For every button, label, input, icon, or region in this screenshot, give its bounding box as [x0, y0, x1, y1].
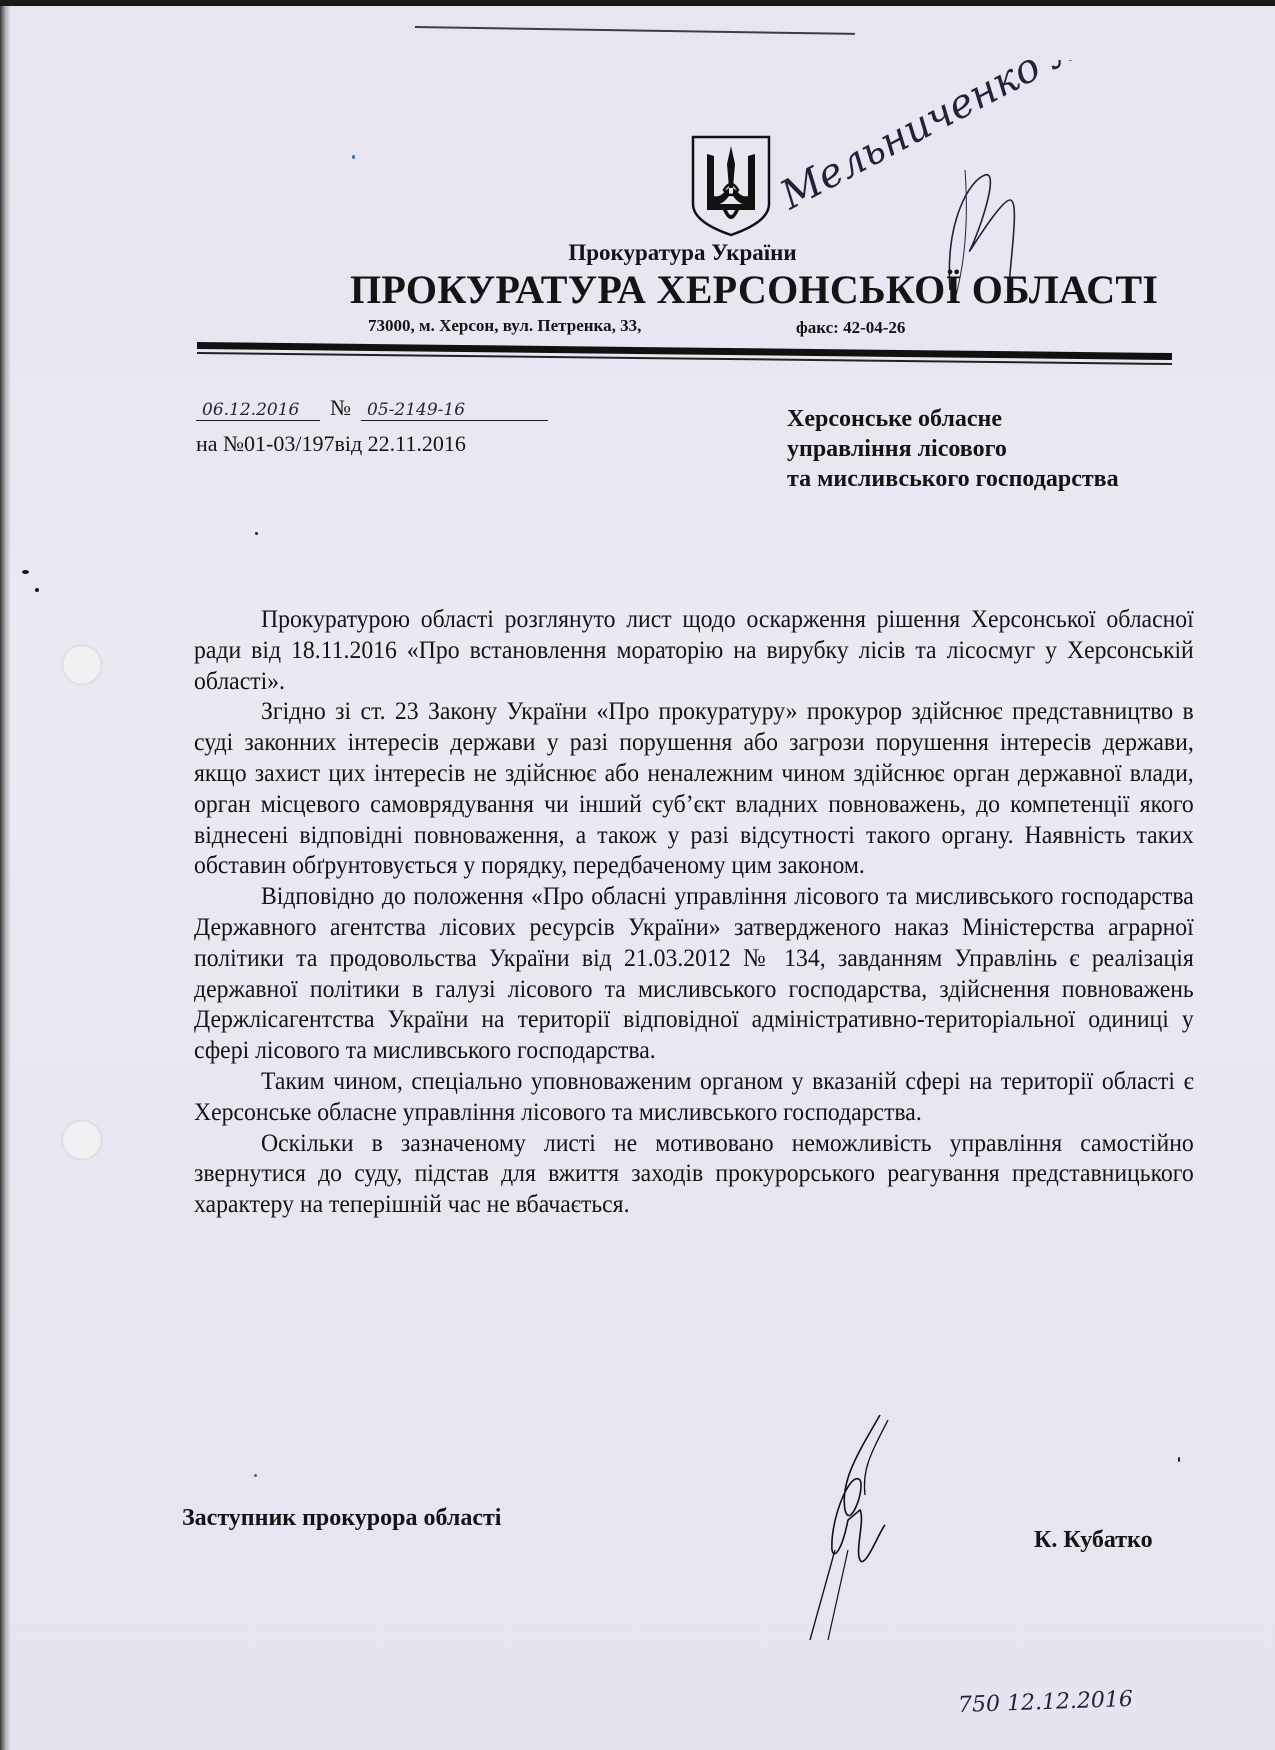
parent-organization: Прокуратура України — [0, 240, 1275, 266]
scan-top-edge — [0, 0, 1275, 6]
signer-name: К. Кубатко — [1034, 1527, 1153, 1554]
outgoing-number-line: 06.12.2016№05-2149-16 — [196, 395, 548, 421]
scan-speck — [254, 1474, 257, 1477]
signer-title: Заступник прокурора області — [182, 1505, 501, 1532]
recipient-line: та мисливського господарства — [787, 464, 1119, 494]
reference-line: на №01-03/197від 22.11.2016 — [196, 431, 466, 457]
scan-speck — [255, 532, 258, 535]
scan-speck — [35, 588, 39, 592]
recipient-line: Херсонське обласне — [787, 404, 1119, 434]
recipient-block: Херсонське обласне управління лісового т… — [787, 404, 1119, 494]
pen-stroke-line — [415, 26, 855, 35]
organization-name: ПРОКУРАТУРА ХЕРСОНСЬКОЇ ОБЛАСТІ — [350, 266, 1158, 313]
recipient-line: управління лісового — [787, 434, 1119, 464]
number-sign: № — [330, 395, 351, 420]
body-paragraph: Відповідно до положення «Про обласні упр… — [194, 881, 1194, 1066]
scanned-letter-page: Мельниченко Л.Б. Прокуратура України ПРО… — [0, 0, 1275, 1750]
scan-speck — [1178, 1457, 1180, 1462]
body-paragraph: Прокуратурою області розглянуто лист щод… — [194, 604, 1194, 696]
svg-text:Мельниченко Л.Б.: Мельниченко Л.Б. — [772, 60, 1137, 219]
registration-mark: 750 12.12.2016 — [958, 1687, 1134, 1718]
punch-hole-top — [62, 645, 102, 685]
punch-hole-bottom — [62, 1120, 102, 1160]
body-paragraph: Оскільки в зазначеному листі не мотивова… — [194, 1128, 1194, 1220]
letter-body: Прокуратурою області розглянуто лист щод… — [194, 604, 1124, 1220]
organization-fax: факс: 42-04-26 — [796, 318, 905, 338]
outgoing-date-field: 06.12.2016 — [196, 400, 320, 421]
trident-coat-of-arms-icon — [690, 134, 772, 238]
handwritten-signature — [770, 1410, 970, 1640]
body-paragraph: Таким чином, спеціально уповноваженим ор… — [194, 1066, 1194, 1128]
scan-speck — [22, 570, 29, 574]
body-paragraph: Згідно зі ст. 23 Закону України «Про про… — [194, 696, 1194, 881]
outgoing-number-field: 05-2149-16 — [361, 400, 548, 421]
scan-speck — [352, 155, 355, 159]
organization-address: 73000, м. Херсон, вул. Петренка, 33, — [368, 316, 641, 336]
